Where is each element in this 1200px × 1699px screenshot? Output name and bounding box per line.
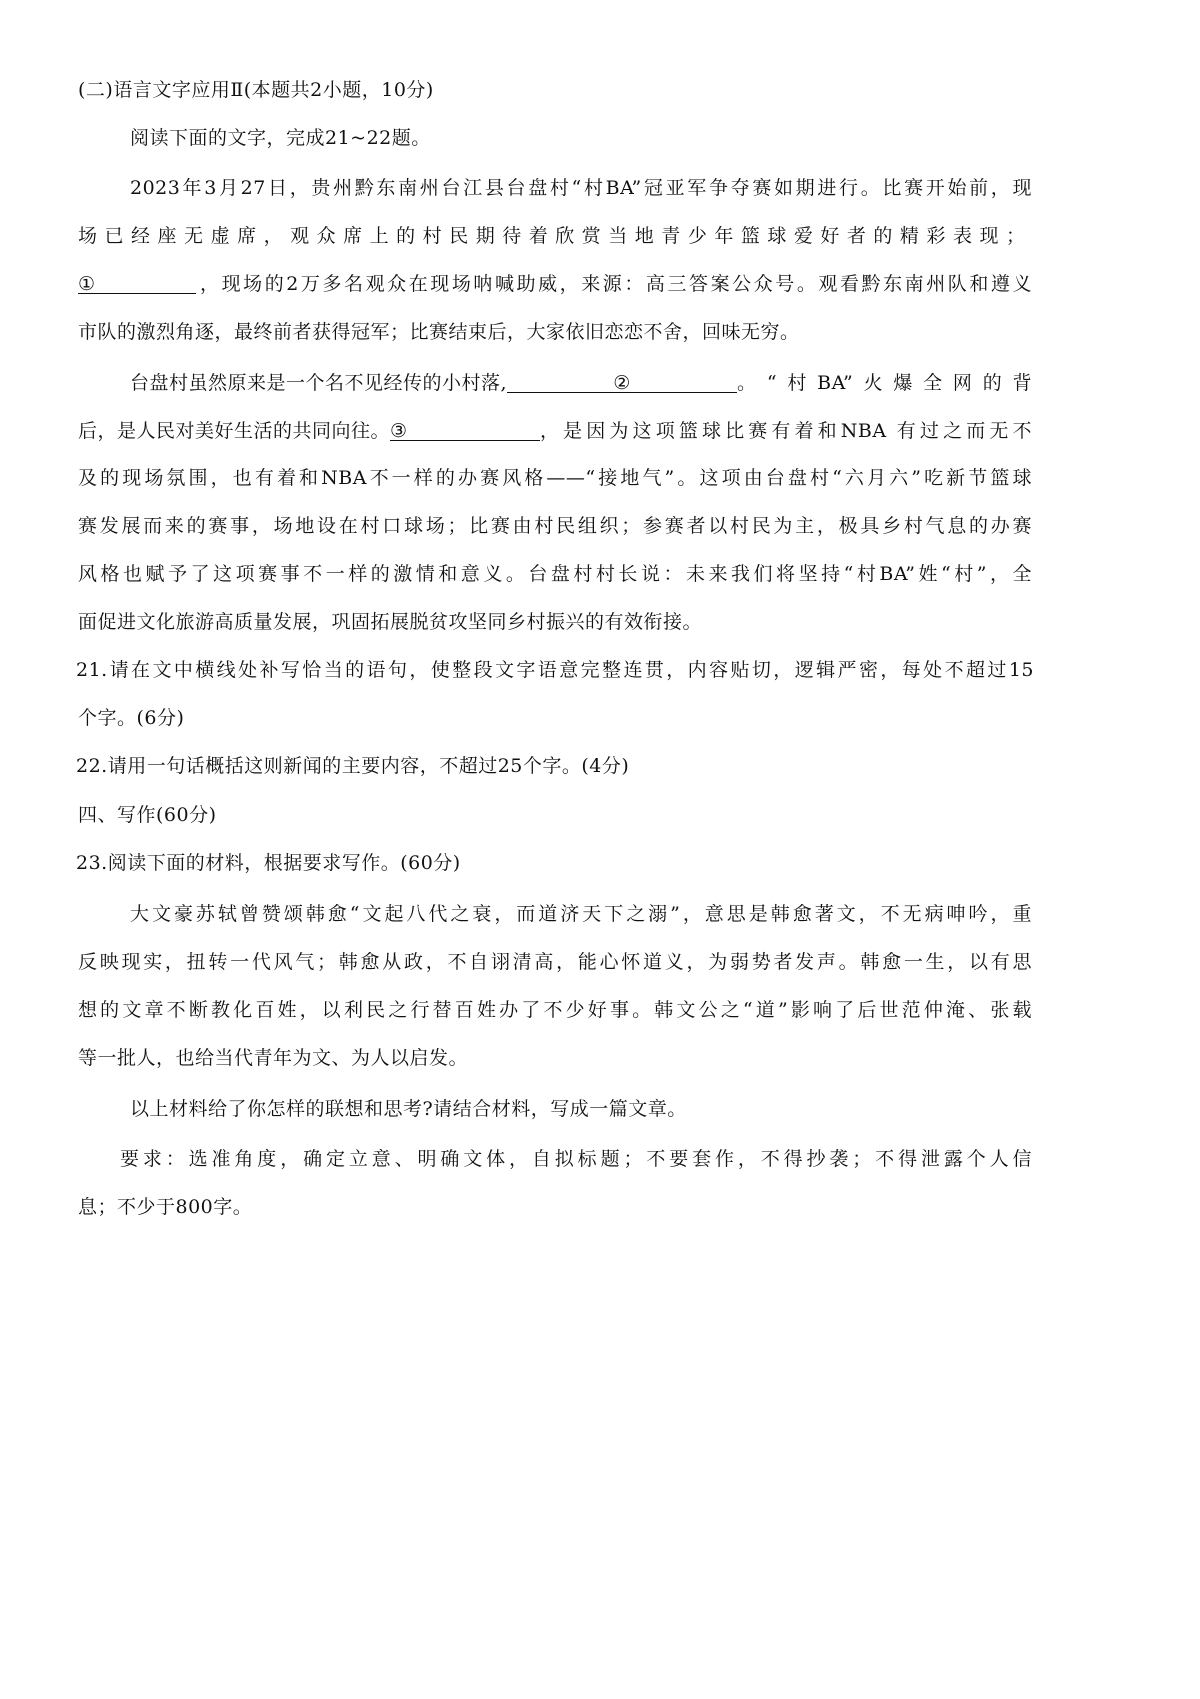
section-heading: (二)语言文字应用Ⅱ(本题共2小题，10分) xyxy=(78,75,1032,105)
reading-instruction: 阅读下面的文字，完成21~22题。 xyxy=(130,123,1032,153)
writing-prompt: 以上材料给了你怎样的联想和思考?请结合材料，写成一篇文章。 xyxy=(130,1094,1032,1124)
blank-3-label: ③ xyxy=(390,416,408,446)
material-line3: 想的文章不断教化百姓，以利民之行替百姓办了不少好事。韩文公之“道”影响了后世范仲… xyxy=(78,995,1032,1025)
passage-p2-line6: 面促进文化旅游高质量发展，巩固拓展脱贫攻坚同乡村振兴的有效衔接。 xyxy=(78,607,1032,637)
passage-p1-line1: 2023年3月27日，贵州黔东南州台江县台盘村“村BA”冠亚军争夺赛如期进行。比… xyxy=(130,173,1032,203)
material-line2: 反映现实，扭转一代风气；韩愈从政，不自诩清高，能心怀道义，为弱势者发声。韩愈一生… xyxy=(78,947,1032,977)
answer-blank-2[interactable]: ② xyxy=(507,368,737,393)
question-23: 23.阅读下面的材料，根据要求写作。(60分) xyxy=(76,848,1030,878)
question-21-line2: 个字。(6分) xyxy=(78,703,1032,733)
blank-1-label: ① xyxy=(78,269,96,299)
exam-page: (二)语言文字应用Ⅱ(本题共2小题，10分) 阅读下面的文字，完成21~22题。… xyxy=(0,0,1200,1699)
question-21-line1: 21.请在文中横线处补写恰当的语句，使整段文字语意完整连贯，内容贴切，逻辑严密，… xyxy=(76,655,1034,685)
passage-p1-line2: 场已经座无虚席，观众席上的村民期待着欣赏当地青少年篮球爱好者的精彩表现； xyxy=(78,221,1032,251)
blank-2-label: ② xyxy=(613,368,631,398)
passage-p2-line1-after: 。“村BA”火爆全网的背 xyxy=(737,368,1032,398)
passage-p2-line1-before: 台盘村虽然原来是一个名不见经传的小村落, xyxy=(130,368,507,398)
requirements-line2: 息；不少于800字。 xyxy=(78,1192,1032,1222)
passage-p2-line5: 风格也赋予了这项赛事不一样的激情和意义。台盘村村长说：未来我们将坚持“村BA”姓… xyxy=(78,559,1032,589)
material-line1: 大文豪苏轼曾赞颂韩愈“文起八代之衰，而道济天下之溺”，意思是韩愈著文，不无病呻吟… xyxy=(130,899,1032,929)
answer-blank-3[interactable]: ③ xyxy=(390,416,540,441)
writing-heading: 四、写作(60分) xyxy=(78,800,1032,830)
question-22: 22.请用一句话概括这则新闻的主要内容，不超过25个字。(4分) xyxy=(76,751,1030,781)
passage-p2-line3: 及的现场氛围，也有着和NBA不一样的办赛风格——“接地气”。这项由台盘村“六月六… xyxy=(78,463,1032,493)
passage-p2-line2-after: ，是因为这项篮球比赛有着和NBA 有过之而无不 xyxy=(540,416,1032,446)
passage-p2-line4: 赛发展而来的赛事，场地设在村口球场；比赛由村民组织；参赛者以村民为主，极具乡村气… xyxy=(78,511,1032,541)
passage-p1-line4: 市队的激烈角逐，最终前者获得冠军；比赛结束后，大家依旧恋恋不舍，回味无穷。 xyxy=(78,317,1032,347)
material-line4: 等一批人，也给当代青年为文、为人以启发。 xyxy=(78,1043,1032,1073)
passage-p2-line1: 台盘村虽然原来是一个名不见经传的小村落, ② 。“村BA”火爆全网的背 xyxy=(130,368,1032,398)
passage-p2-line2-before: 后，是人民对美好生活的共同向往。 xyxy=(78,416,390,446)
requirements-line1: 要求：选准角度，确定立意、明确文体，自拟标题；不要套作，不得抄袭；不得泄露个人信 xyxy=(120,1144,1032,1174)
answer-blank-1[interactable]: ① xyxy=(78,269,196,294)
passage-p1-line3-text: ，现场的2万多名观众在现场呐喊助威，来源：高三答案公众号。观看黔东南州队和遵义 xyxy=(196,269,1032,299)
passage-p2-line2: 后，是人民对美好生活的共同向往。 ③ ，是因为这项篮球比赛有着和NBA 有过之而… xyxy=(78,416,1032,446)
passage-p1-line3: ① ，现场的2万多名观众在现场呐喊助威，来源：高三答案公众号。观看黔东南州队和遵… xyxy=(78,269,1032,299)
